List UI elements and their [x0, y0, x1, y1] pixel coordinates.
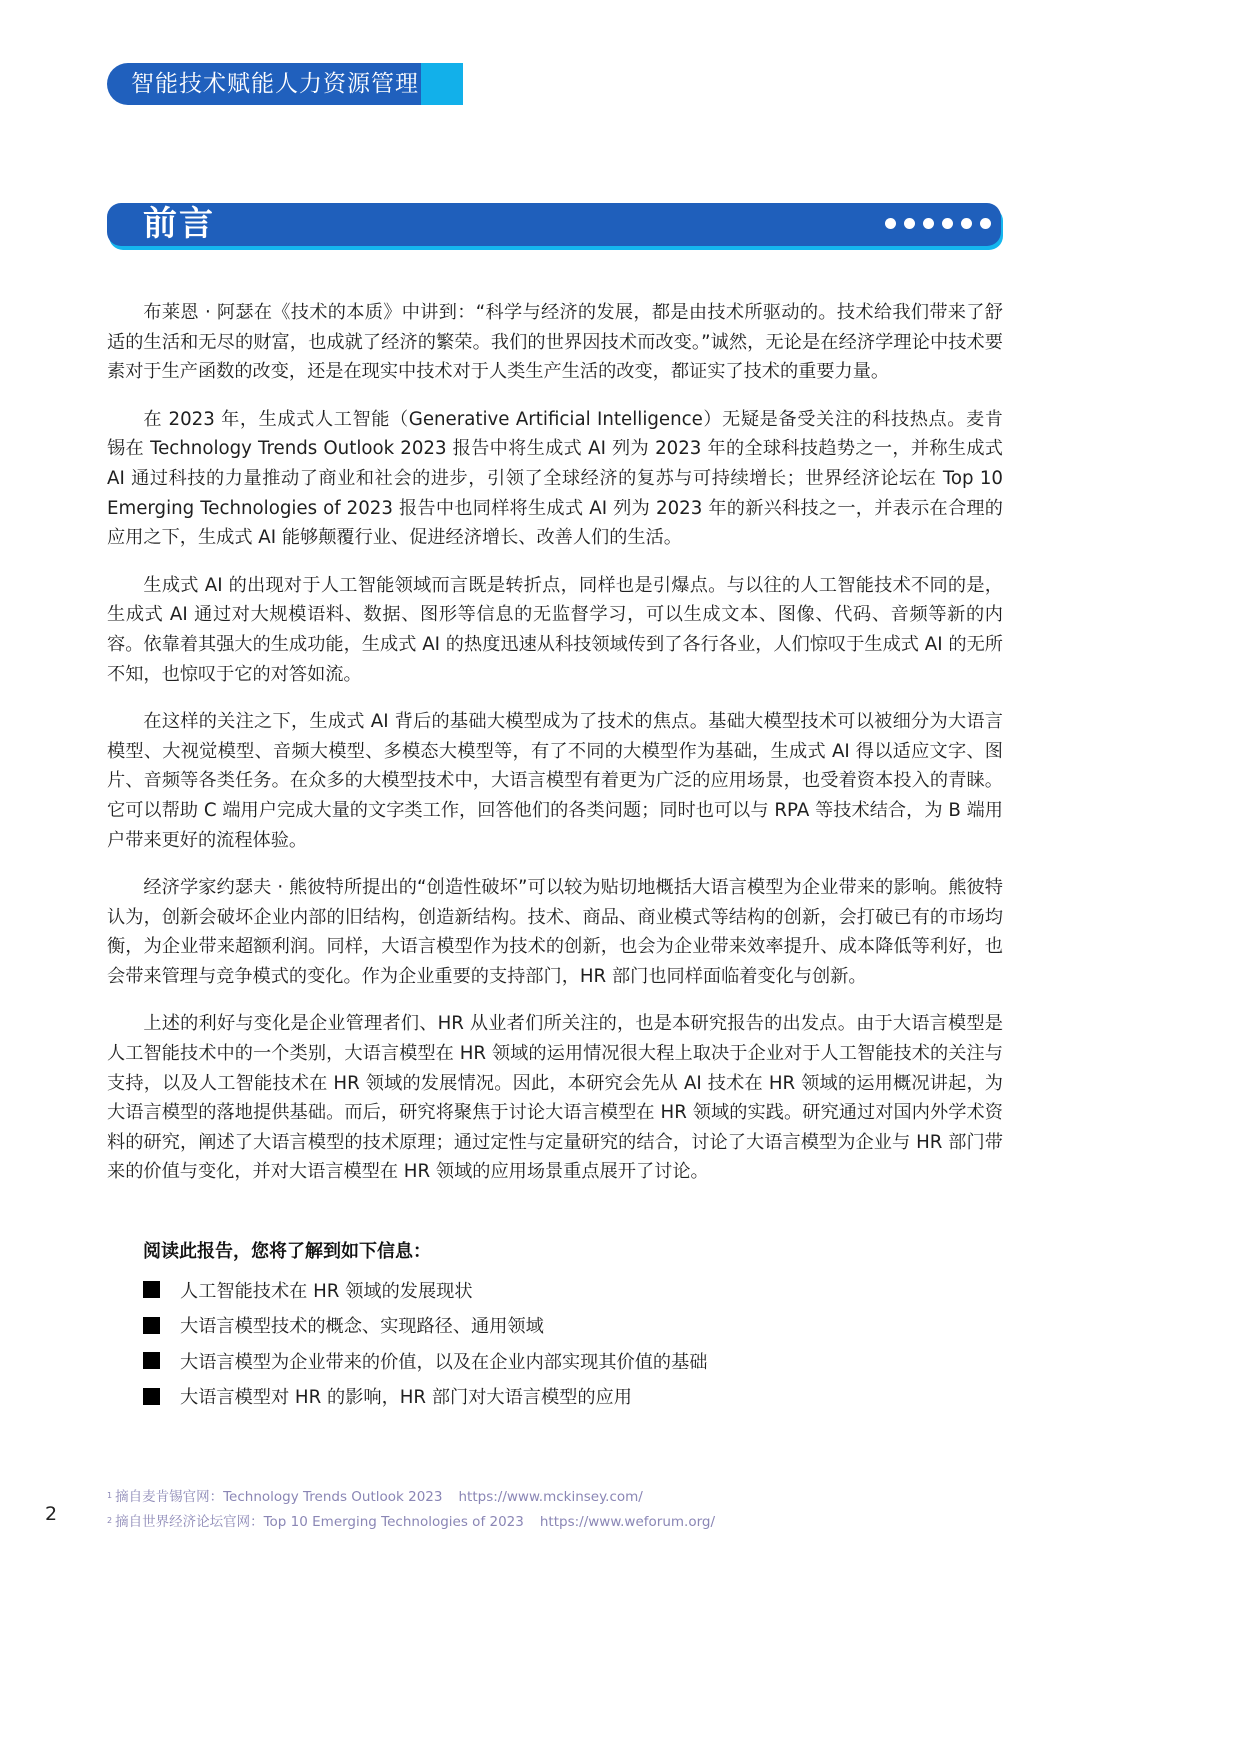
section-header: 前言 [107, 203, 1003, 250]
banner-accent-block [421, 63, 463, 105]
dot-icon [885, 218, 896, 229]
footnote-number: 2 [107, 1509, 112, 1534]
list-item: 大语言模型技术的概念、实现路径、通用领域 [143, 1308, 707, 1344]
dot-icon [923, 218, 934, 229]
footnote: 2 摘自世界经济论坛官网：Top 10 Emerging Technologie… [107, 1510, 715, 1535]
footnote-text: 摘自麦肯锡官网：Technology Trends Outlook 2023 [115, 1485, 442, 1510]
list-item-text: 大语言模型对 HR 的影响，HR 部门对大语言模型的应用 [180, 1383, 632, 1409]
square-bullet-icon [143, 1388, 160, 1405]
page-number: 2 [45, 1503, 57, 1525]
body-text: 布莱恩 · 阿瑟在《技术的本质》中讲到：“科学与经济的发展，都是由技术所驱动的。… [107, 298, 1003, 1205]
list-item: 大语言模型为企业带来的价值，以及在企业内部实现其价值的基础 [143, 1343, 707, 1379]
list-item-text: 大语言模型技术的概念、实现路径、通用领域 [180, 1312, 544, 1338]
footnote-link[interactable]: https://www.mckinsey.com/ [459, 1485, 643, 1510]
paragraph: 上述的利好与变化是企业管理者们、HR 从业者们所关注的，也是本研究报告的出发点。… [107, 1009, 1003, 1187]
list-item-text: 人工智能技术在 HR 领域的发展现状 [180, 1277, 473, 1303]
square-bullet-icon [143, 1352, 160, 1369]
dot-icon [980, 218, 991, 229]
summary-list: 人工智能技术在 HR 领域的发展现状 大语言模型技术的概念、实现路径、通用领域 … [143, 1272, 707, 1414]
paragraph: 经济学家约瑟夫 · 熊彼特所提出的“创造性破坏”可以较为贴切地概括大语言模型为企… [107, 873, 1003, 991]
square-bullet-icon [143, 1317, 160, 1334]
footnotes: 1 摘自麦肯锡官网：Technology Trends Outlook 2023… [107, 1485, 715, 1534]
section-title: 前言 [143, 203, 215, 246]
dot-icon [942, 218, 953, 229]
dot-icon [961, 218, 972, 229]
section-header-bar [107, 203, 1001, 246]
decorative-dots [885, 218, 991, 229]
footnote: 1 摘自麦肯锡官网：Technology Trends Outlook 2023… [107, 1485, 715, 1510]
square-bullet-icon [143, 1281, 160, 1298]
report-title: 智能技术赋能人力资源管理 [107, 63, 421, 105]
paragraph: 在 2023 年，生成式人工智能（Generative Artificial I… [107, 405, 1003, 553]
footnote-number: 1 [107, 1484, 112, 1509]
footnote-link[interactable]: https://www.weforum.org/ [540, 1510, 715, 1535]
paragraph: 布莱恩 · 阿瑟在《技术的本质》中讲到：“科学与经济的发展，都是由技术所驱动的。… [107, 298, 1003, 387]
paragraph: 生成式 AI 的出现对于人工智能领域而言既是转折点，同样也是引爆点。与以往的人工… [107, 571, 1003, 689]
list-item: 大语言模型对 HR 的影响，HR 部门对大语言模型的应用 [143, 1379, 707, 1415]
footnote-text: 摘自世界经济论坛官网：Top 10 Emerging Technologies … [115, 1510, 524, 1535]
paragraph: 在这样的关注之下，生成式 AI 背后的基础大模型成为了技术的焦点。基础大模型技术… [107, 707, 1003, 855]
dot-icon [904, 218, 915, 229]
list-item: 人工智能技术在 HR 领域的发展现状 [143, 1272, 707, 1308]
report-title-banner: 智能技术赋能人力资源管理 [107, 63, 463, 105]
list-item-text: 大语言模型为企业带来的价值，以及在企业内部实现其价值的基础 [180, 1348, 707, 1374]
reading-summary-heading: 阅读此报告，您将了解到如下信息： [143, 1237, 431, 1263]
